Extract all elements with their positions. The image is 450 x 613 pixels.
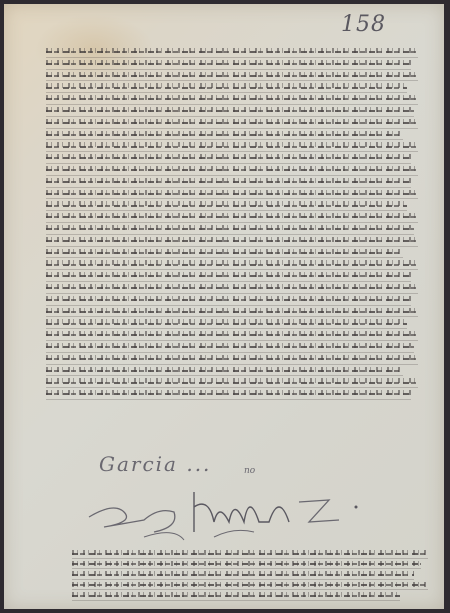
main-text-block	[46, 46, 418, 400]
handwritten-line	[46, 176, 411, 188]
signature-note: no	[244, 466, 255, 476]
handwritten-line	[46, 294, 411, 306]
handwritten-line	[46, 93, 418, 105]
handwritten-line	[46, 117, 418, 129]
handwritten-line	[46, 341, 414, 353]
signature-line: Garcia ...	[99, 452, 211, 476]
handwritten-line	[46, 317, 407, 329]
handwritten-line	[46, 329, 418, 341]
handwritten-line	[46, 199, 407, 211]
royal-signature-flourish	[84, 482, 364, 542]
handwritten-line	[46, 105, 414, 117]
handwritten-line	[46, 270, 411, 282]
handwritten-line	[72, 580, 428, 591]
handwritten-line	[46, 247, 403, 259]
postscript-text-block	[72, 548, 428, 601]
handwritten-line	[72, 559, 421, 570]
handwritten-line	[46, 81, 407, 93]
handwritten-line	[46, 376, 418, 388]
handwritten-line	[72, 548, 428, 559]
handwritten-line	[46, 188, 418, 200]
handwritten-line	[46, 306, 418, 318]
handwritten-line	[46, 70, 418, 82]
handwritten-line	[46, 129, 403, 141]
handwritten-line	[46, 58, 411, 70]
handwritten-line	[46, 140, 418, 152]
handwritten-line	[46, 365, 403, 377]
handwritten-line	[46, 353, 418, 365]
handwritten-line	[72, 569, 414, 580]
handwritten-line	[46, 152, 411, 164]
handwritten-line	[46, 211, 418, 223]
handwritten-line	[46, 46, 418, 58]
handwritten-line	[46, 282, 418, 294]
folio-number: 158	[341, 12, 386, 37]
handwritten-line	[46, 223, 414, 235]
handwritten-line	[46, 258, 418, 270]
handwritten-line	[46, 388, 411, 400]
handwritten-line	[46, 235, 418, 247]
handwritten-line	[72, 590, 400, 601]
handwritten-line	[46, 164, 418, 176]
manuscript-page: 158 Garcia ... no	[4, 4, 444, 609]
